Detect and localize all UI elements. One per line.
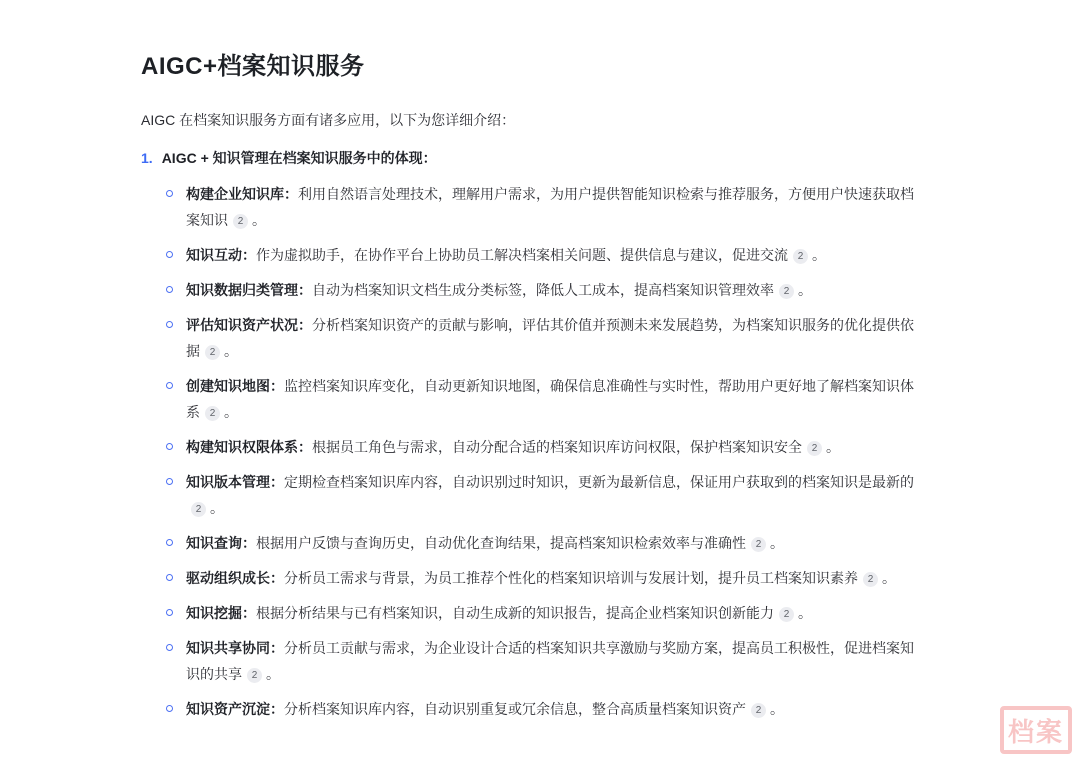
bullet-label: 知识版本管理： bbox=[186, 474, 284, 490]
citation-badge[interactable]: 2 bbox=[779, 284, 794, 299]
bullet-suffix: 。 bbox=[798, 282, 812, 298]
list-item: 知识挖掘：根据分析结果与已有档案知识，自动生成新的知识报告，提高企业档案知识创新… bbox=[166, 600, 918, 626]
bullet-suffix: 。 bbox=[252, 212, 266, 228]
bullet-label: 知识数据归类管理： bbox=[186, 282, 312, 298]
list-item: 知识数据归类管理：自动为档案知识文档生成分类标签，降低人工成本，提高档案知识管理… bbox=[166, 277, 918, 303]
list-item: 评估知识资产状况：分析档案知识资产的贡献与影响，评估其价值并预测未来发展趋势，为… bbox=[166, 312, 918, 364]
bullet-text: 监控档案知识库变化，自动更新知识地图，确保信息准确性与实时性，帮助用户更好地了解… bbox=[186, 378, 914, 420]
numbered-section: 1.AIGC + 知识管理在档案知识服务中的体现： bbox=[141, 147, 940, 169]
bullet-label: 知识查询： bbox=[186, 535, 256, 551]
list-item: 知识资产沉淀：分析档案知识库内容，自动识别重复或冗余信息，整合高质量档案知识资产… bbox=[166, 696, 918, 722]
list-item: 知识查询：根据用户反馈与查询历史，自动优化查询结果，提高档案知识检索效率与准确性… bbox=[166, 530, 918, 556]
list-item: 构建企业知识库：利用自然语言处理技术，理解用户需求，为用户提供智能知识检索与推荐… bbox=[166, 181, 918, 233]
bullet-suffix: 。 bbox=[798, 605, 812, 621]
bullet-label: 构建知识权限体系： bbox=[186, 439, 312, 455]
bullet-icon bbox=[166, 539, 173, 546]
bullet-text: 分析员工贡献与需求，为企业设计合适的档案知识共享激励与奖励方案，提高员工积极性，… bbox=[186, 640, 914, 682]
document-page: AIGC+档案知识服务 AIGC 在档案知识服务方面有诸多应用，以下为您详细介绍… bbox=[0, 0, 1080, 759]
bullet-icon bbox=[166, 574, 173, 581]
citation-badge[interactable]: 2 bbox=[205, 406, 220, 421]
bullet-suffix: 。 bbox=[210, 500, 224, 516]
bullet-icon bbox=[166, 644, 173, 651]
bullet-label: 评估知识资产状况： bbox=[186, 317, 312, 333]
citation-badge[interactable]: 2 bbox=[233, 214, 248, 229]
bullet-text: 分析档案知识库内容，自动识别重复或冗余信息，整合高质量档案知识资产 bbox=[284, 701, 746, 717]
list-item: 知识互动：作为虚拟助手，在协作平台上协助员工解决档案相关问题、提供信息与建议，促… bbox=[166, 242, 918, 268]
citation-badge[interactable]: 2 bbox=[751, 537, 766, 552]
intro-text: AIGC 在档案知识服务方面有诸多应用，以下为您详细介绍： bbox=[141, 109, 940, 131]
bullet-label: 知识互动： bbox=[186, 247, 256, 263]
bullet-suffix: 。 bbox=[224, 404, 238, 420]
bullet-list: 构建企业知识库：利用自然语言处理技术，理解用户需求，为用户提供智能知识检索与推荐… bbox=[166, 181, 940, 722]
bullet-icon bbox=[166, 609, 173, 616]
bullet-label: 驱动组织成长： bbox=[186, 570, 284, 586]
list-item: 知识版本管理：定期检查档案知识库内容，自动识别过时知识，更新为最新信息，保证用户… bbox=[166, 469, 918, 521]
bullet-icon bbox=[166, 443, 173, 450]
list-item: 构建知识权限体系：根据员工角色与需求，自动分配合适的档案知识库访问权限，保护档案… bbox=[166, 434, 918, 460]
bullet-text: 根据员工角色与需求，自动分配合适的档案知识库访问权限，保护档案知识安全 bbox=[312, 439, 802, 455]
section-heading: AIGC + 知识管理在档案知识服务中的体现： bbox=[162, 150, 437, 166]
citation-badge[interactable]: 2 bbox=[863, 572, 878, 587]
bullet-icon bbox=[166, 286, 173, 293]
bullet-label: 构建企业知识库： bbox=[186, 186, 298, 202]
bullet-label: 创建知识地图： bbox=[186, 378, 284, 394]
citation-badge[interactable]: 2 bbox=[191, 502, 206, 517]
bullet-suffix: 。 bbox=[812, 247, 826, 263]
citation-badge[interactable]: 2 bbox=[205, 345, 220, 360]
list-item: 驱动组织成长：分析员工需求与背景，为员工推荐个性化的档案知识培训与发展计划，提升… bbox=[166, 565, 918, 591]
bullet-suffix: 。 bbox=[826, 439, 840, 455]
bullet-icon bbox=[166, 705, 173, 712]
list-item: 创建知识地图：监控档案知识库变化，自动更新知识地图，确保信息准确性与实时性，帮助… bbox=[166, 373, 918, 425]
bullet-text: 作为虚拟助手，在协作平台上协助员工解决档案相关问题、提供信息与建议，促进交流 bbox=[256, 247, 788, 263]
bullet-text: 分析员工需求与背景，为员工推荐个性化的档案知识培训与发展计划，提升员工档案知识素… bbox=[284, 570, 858, 586]
bullet-text: 定期检查档案知识库内容，自动识别过时知识，更新为最新信息，保证用户获取到的档案知… bbox=[284, 474, 914, 490]
bullet-suffix: 。 bbox=[770, 701, 784, 717]
bullet-label: 知识挖掘： bbox=[186, 605, 256, 621]
citation-badge[interactable]: 2 bbox=[807, 441, 822, 456]
page-title: AIGC+档案知识服务 bbox=[141, 46, 940, 81]
bullet-text: 自动为档案知识文档生成分类标签，降低人工成本，提高档案知识管理效率 bbox=[312, 282, 774, 298]
citation-badge[interactable]: 2 bbox=[793, 249, 808, 264]
section-number: 1. bbox=[141, 150, 153, 166]
bullet-label: 知识资产沉淀： bbox=[186, 701, 284, 717]
bullet-suffix: 。 bbox=[266, 666, 280, 682]
bullet-icon bbox=[166, 190, 173, 197]
citation-badge[interactable]: 2 bbox=[751, 703, 766, 718]
bullet-text: 根据分析结果与已有档案知识，自动生成新的知识报告，提高企业档案知识创新能力 bbox=[256, 605, 774, 621]
bullet-icon bbox=[166, 321, 173, 328]
bullet-icon bbox=[166, 478, 173, 485]
bullet-label: 知识共享协同： bbox=[186, 640, 284, 656]
list-item: 知识共享协同：分析员工贡献与需求，为企业设计合适的档案知识共享激励与奖励方案，提… bbox=[166, 635, 918, 687]
bullet-text: 根据用户反馈与查询历史，自动优化查询结果，提高档案知识检索效率与准确性 bbox=[256, 535, 746, 551]
watermark-stamp: 档案 bbox=[1000, 706, 1072, 754]
bullet-icon bbox=[166, 382, 173, 389]
bullet-suffix: 。 bbox=[882, 570, 896, 586]
bullet-icon bbox=[166, 251, 173, 258]
bullet-suffix: 。 bbox=[770, 535, 784, 551]
citation-badge[interactable]: 2 bbox=[247, 668, 262, 683]
citation-badge[interactable]: 2 bbox=[779, 607, 794, 622]
bullet-suffix: 。 bbox=[224, 343, 238, 359]
